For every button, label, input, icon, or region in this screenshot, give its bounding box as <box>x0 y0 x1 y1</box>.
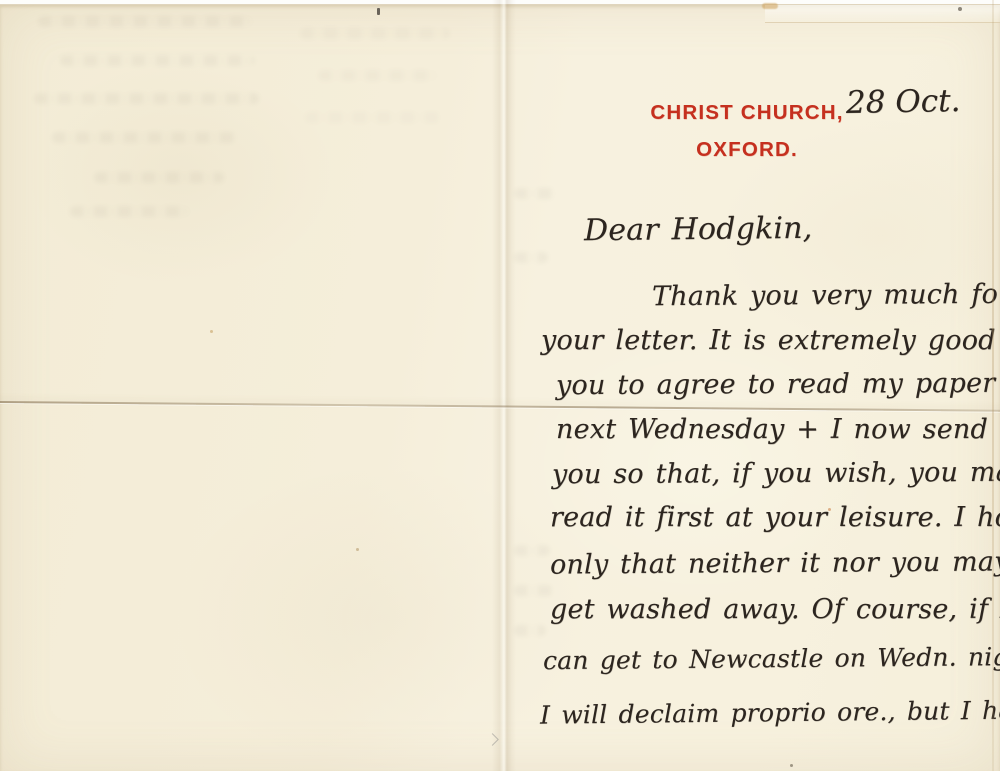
handwriting-line: only that neither it nor you may <box>550 546 1000 580</box>
paper-right-edge <box>992 0 994 771</box>
handwriting-line: you so that, if you wish, you may <box>552 457 1000 490</box>
handwriting-line-salutation: Dear Hodgkin, <box>584 211 813 248</box>
scan-speck <box>958 7 962 11</box>
handwriting-line: you to agree to read my paper <box>556 368 995 401</box>
paper-speck <box>356 548 359 551</box>
letter-body: Dear Hodgkin, Thank you very much for yo… <box>0 0 1000 771</box>
handwriting-line: get washed away. Of course, if I <box>550 594 1000 625</box>
handwriting-line: next Wednesday + I now send it <box>556 414 1000 445</box>
scan-speck <box>377 8 380 15</box>
handwriting-line: read it first at your leisure. I hope <box>550 502 1000 533</box>
scan-speck <box>762 3 778 9</box>
paper-speck <box>210 330 213 333</box>
handwriting-line: can get to Newcastle on Wedn. night, <box>543 642 1000 675</box>
paper-speck <box>828 508 831 511</box>
letter-scan: CHRIST CHURCH, OXFORD. 28 Oct. Dear Hodg… <box>0 0 1000 771</box>
handwriting-line: Thank you very much for <box>652 279 1000 313</box>
handwriting-line: your letter. It is extremely good of <box>541 325 1000 356</box>
paper-speck <box>790 764 793 767</box>
handwriting-line: I will declaim proprio ore., but I have <box>540 695 1000 729</box>
